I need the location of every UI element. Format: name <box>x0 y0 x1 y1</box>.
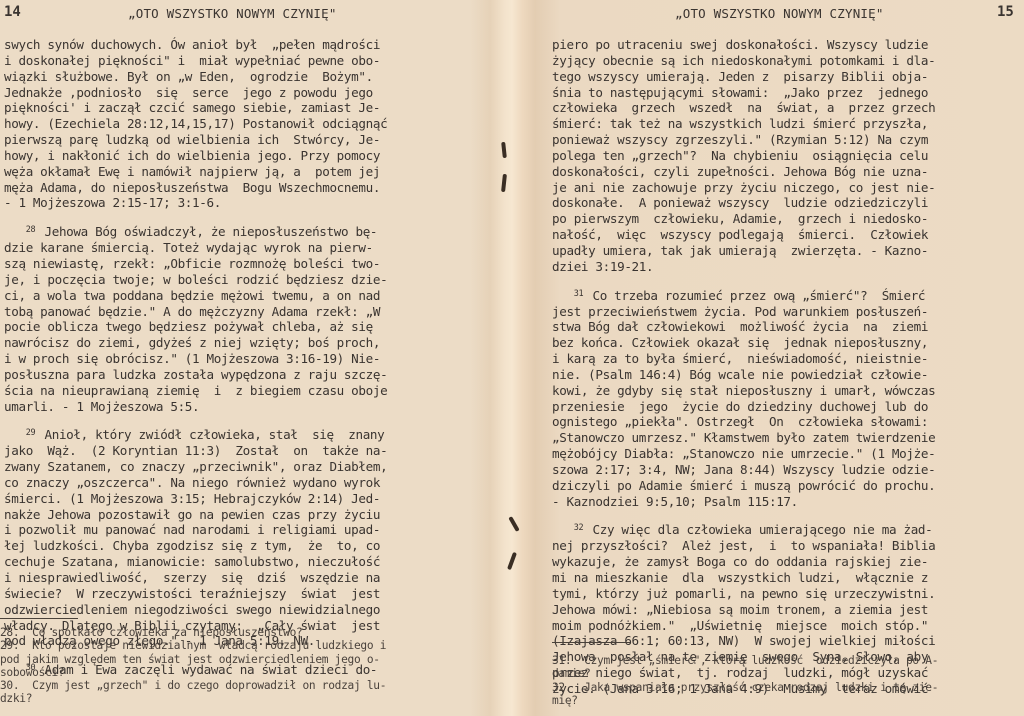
running-head: „OTO WSZYSTKO NOWYM CZYNIĘ" <box>675 6 884 21</box>
text-line: szowa 2:17; 3:4, NW; Jana 8:44) Wszyscy … <box>552 462 935 478</box>
text-line: mężobójcy Diabła: „Stanowczo nie umrzeci… <box>552 446 935 462</box>
text-line: 29 Anioł, który zwiódł człowieka, stał s… <box>4 426 387 443</box>
text-line: i w proch się obrócisz." (1 Mojżeszowa 3… <box>4 351 387 367</box>
staple-icon <box>507 552 517 570</box>
staple-icon <box>501 142 507 158</box>
text-line: pierwszą parę ludzką od wielbienia ich S… <box>4 132 387 148</box>
text-line: tego wszyscy umierają. Jeden z pisarzy B… <box>552 69 935 85</box>
text-line: howy, i nakłonić ich do wielbienia jego.… <box>4 148 387 164</box>
running-head: „OTO WSZYSTKO NOWYM CZYNIĘ" <box>128 6 337 21</box>
left-page: 14 „OTO WSZYSTKO NOWYM CZYNIĘ" swych syn… <box>0 0 470 716</box>
question-line: 30. Czym jest „grzech" i do czego doprow… <box>0 679 386 692</box>
paragraph-number: 31 <box>574 289 584 299</box>
text-line: tymi, którzy już pomarli, na pewno się u… <box>552 586 935 602</box>
page-body: swych synów duchowych. Ów anioł był „peł… <box>4 37 387 678</box>
text-line: Jednakże ‚podniosło się serce jego z pow… <box>4 85 387 101</box>
page-number: 15 <box>997 4 1014 20</box>
text-line: ognistego „piekła". Ostrzegł On człowiek… <box>552 414 935 430</box>
text-line: stwa Bóg dał człowiekowi możliwość życia… <box>552 319 935 335</box>
text-line: 31 Co trzeba rozumieć przez ową „śmierć"… <box>552 287 935 304</box>
question-line: sobowości? <box>0 666 386 679</box>
footnote-rule <box>552 642 630 643</box>
text-line: co znaczy „oszczerca". Na niego również … <box>4 475 387 491</box>
text-line: nie. (Psalm 146:4) Bóg wcale nie powiedz… <box>552 367 935 383</box>
text-line: człowieka grzech wszedł na świat, a prze… <box>552 100 935 116</box>
text-line: wiązki służbowe. Był on „w Eden, ogrodzi… <box>4 69 387 85</box>
text-line: - Kaznodziei 9:5,10; Psalm 115:17. <box>552 494 935 510</box>
text-line: śmierci. (1 Mojżeszowa 3:15; Hebrajczykó… <box>4 491 387 507</box>
book-spread: 14 „OTO WSZYSTKO NOWYM CZYNIĘ" swych syn… <box>0 0 1024 716</box>
text-line: i karą za to była śmierć, nieświadomość,… <box>552 351 935 367</box>
text-line: i niesprawiedliwość, szerzy się dziś wsz… <box>4 570 387 586</box>
text-line: 32 Czy więc dla człowieka umierającego n… <box>552 521 935 538</box>
text-line: nałość, więc wszyscy podlegają śmierci. … <box>552 227 935 243</box>
paragraph-gap <box>4 414 387 426</box>
question-line: dzki? <box>0 692 386 705</box>
text-line: i doskonałej piękności" i miał wypełniać… <box>4 53 387 69</box>
footnote-rule <box>0 618 78 619</box>
text-line: węża okłamał Ewę i namówił najpierw ją, … <box>4 164 387 180</box>
text-line: śmierć: tak też na wszystkich ludzi śmie… <box>552 116 935 132</box>
paragraph: swych synów duchowych. Ów anioł był „peł… <box>4 37 387 211</box>
text-line: upadły umiera, tak jak umierają zwierzęt… <box>552 243 935 259</box>
text-line: nakże Jehowa pozostawił go na pewien cza… <box>4 507 387 523</box>
text-line: umarli. - 1 Mojżeszowa 5:5. <box>4 399 387 415</box>
text-line: kowi, że gdyby się stał nieposłuszny i u… <box>552 383 935 399</box>
text-line: ponieważ wszyscy zgrzeszyli." (Rzymian 5… <box>552 132 935 148</box>
text-line: ci, a wola twa poddana będzie mężowi twe… <box>4 288 387 304</box>
text-line: po pierwszym człowieku, Adamie, grzech i… <box>552 211 935 227</box>
text-line: nawrócisz do ziemi, gdyżeś z niej wzięty… <box>4 335 387 351</box>
staple-icon <box>508 516 519 532</box>
text-line: swych synów duchowych. Ów anioł był „peł… <box>4 37 387 53</box>
paragraph: 28 Jehowa Bóg oświadczył, że nieposłusze… <box>4 223 387 414</box>
text-line: wykazuje, że zamysł Boga co do oddania r… <box>552 554 935 570</box>
paragraph-number: 29 <box>26 428 36 438</box>
text-line: dziczyli po Adamie śmierć i muszą powróc… <box>552 478 935 494</box>
question-line: pod jakim względem ten świat jest odzwie… <box>0 653 386 666</box>
text-line: i pozwolił mu panować nad narodami i rel… <box>4 522 387 538</box>
text-line: „Stanowczo umrzesz." Kłamstwem było zate… <box>552 430 935 446</box>
text-line: je ani nie zachowuje przy życiu niczego,… <box>552 180 935 196</box>
question-line: 29. Kto pozostaje niewidzialnym władcą r… <box>0 639 386 652</box>
text-line: odzwierciedleniem niegodziwości swego ni… <box>4 602 387 618</box>
text-line: posłuszna para ludzka została wypędzona … <box>4 367 387 383</box>
text-line: mi na mieszkanie dla wszystkich ludzi, w… <box>552 570 935 586</box>
text-line: cechuje Szatana, mianowicie: samolubstwo… <box>4 554 387 570</box>
text-line: żyjący obecnie są ich niedoskonałymi pot… <box>552 53 935 69</box>
text-line: - 1 Mojżeszowa 2:15-17; 3:1-6. <box>4 195 387 211</box>
question-line: damie? <box>552 667 938 680</box>
study-questions: 31. Czym jest „śmierć", którą ludzkość o… <box>552 654 938 707</box>
text-line: doskonałe. A ponieważ wszyscy ludzie odz… <box>552 195 935 211</box>
text-line: jako Wąż. (2 Koryntian 11:3) Został on t… <box>4 443 387 459</box>
text-line: przeniesie jego życie do dziedziny ducho… <box>552 399 935 415</box>
text-line: szą niewiastę, rzekł: „Obficie rozmnożę … <box>4 256 387 272</box>
text-line: piękności' i zaczął czcić samego siebie,… <box>4 100 387 116</box>
text-line: świecie? W rzeczywistości teraźniejszy ś… <box>4 586 387 602</box>
page-body: piero po utraceniu swej doskonałości. Ws… <box>552 37 935 697</box>
text-line: je, i poczęcia twoje; w boleści rodzić b… <box>4 272 387 288</box>
text-line: howy. (Ezechiela 28:12,14,15,17) Postano… <box>4 116 387 132</box>
text-line: zwany Szatanem, co znaczy „przeciwnik", … <box>4 459 387 475</box>
staple-icon <box>501 174 507 192</box>
paragraph: 31 Co trzeba rozumieć przez ową „śmierć"… <box>552 287 935 510</box>
text-line: ścia na nieuprawianą ziemię i z biegiem … <box>4 383 387 399</box>
paragraph-gap <box>552 509 935 521</box>
right-page: 15 „OTO WSZYSTKO NOWYM CZYNIĘ" piero po … <box>535 0 1024 716</box>
paragraph-number: 32 <box>574 523 584 533</box>
text-line: doskonałości, czyli zupełności. Jehowa B… <box>552 164 935 180</box>
text-line: łej ludzkości. Chyba zgodzisz się z tym,… <box>4 538 387 554</box>
question-line: 32. Jaka wspaniała przyszłość czeka rodz… <box>552 681 938 694</box>
text-line: pocie oblicza twego będziesz pożywał chl… <box>4 319 387 335</box>
text-line: piero po utraceniu swej doskonałości. Ws… <box>552 37 935 53</box>
question-line: 31. Czym jest „śmierć", którą ludzkość o… <box>552 654 938 667</box>
paragraph: piero po utraceniu swej doskonałości. Ws… <box>552 37 935 275</box>
text-line: nej przyszłości? Ależ jest, i to wspania… <box>552 538 935 554</box>
text-line: jest przeciwieństwem życia. Pod warunkie… <box>552 304 935 320</box>
text-line: moim podnóżkiem." „Uświetnię miejsce moi… <box>552 618 935 634</box>
study-questions: 28. Co spotkało człowieka za nieposłusze… <box>0 626 386 706</box>
question-line: mię? <box>552 694 938 707</box>
text-line: polega ten „grzech"? Na chybieniu osiągn… <box>552 148 935 164</box>
text-line: dziei 3:19-21. <box>552 259 935 275</box>
text-line: śnia to następującymi słowami: „Jako prz… <box>552 85 935 101</box>
page-number: 14 <box>4 4 21 20</box>
text-line: tobą panować będzie." A do mężczyzny Ada… <box>4 304 387 320</box>
paragraph: 29 Anioł, który zwiódł człowieka, stał s… <box>4 426 387 649</box>
text-line: męża Adama, do nieposłuszeństwa Bogu Wsz… <box>4 180 387 196</box>
paragraph-gap <box>4 211 387 223</box>
question-line: 28. Co spotkało człowieka za nieposłusze… <box>0 626 386 639</box>
text-line: dzie karane śmiercią. Toteż wydając wyro… <box>4 240 387 256</box>
text-line: bez końca. Człowiek okazał się jednak ni… <box>552 335 935 351</box>
paragraph-gap <box>552 275 935 287</box>
text-line: Jehowa mówi: „Niebiosa są moim tronem, a… <box>552 602 935 618</box>
text-line: 28 Jehowa Bóg oświadczył, że nieposłusze… <box>4 223 387 240</box>
paragraph-number: 28 <box>26 225 36 235</box>
